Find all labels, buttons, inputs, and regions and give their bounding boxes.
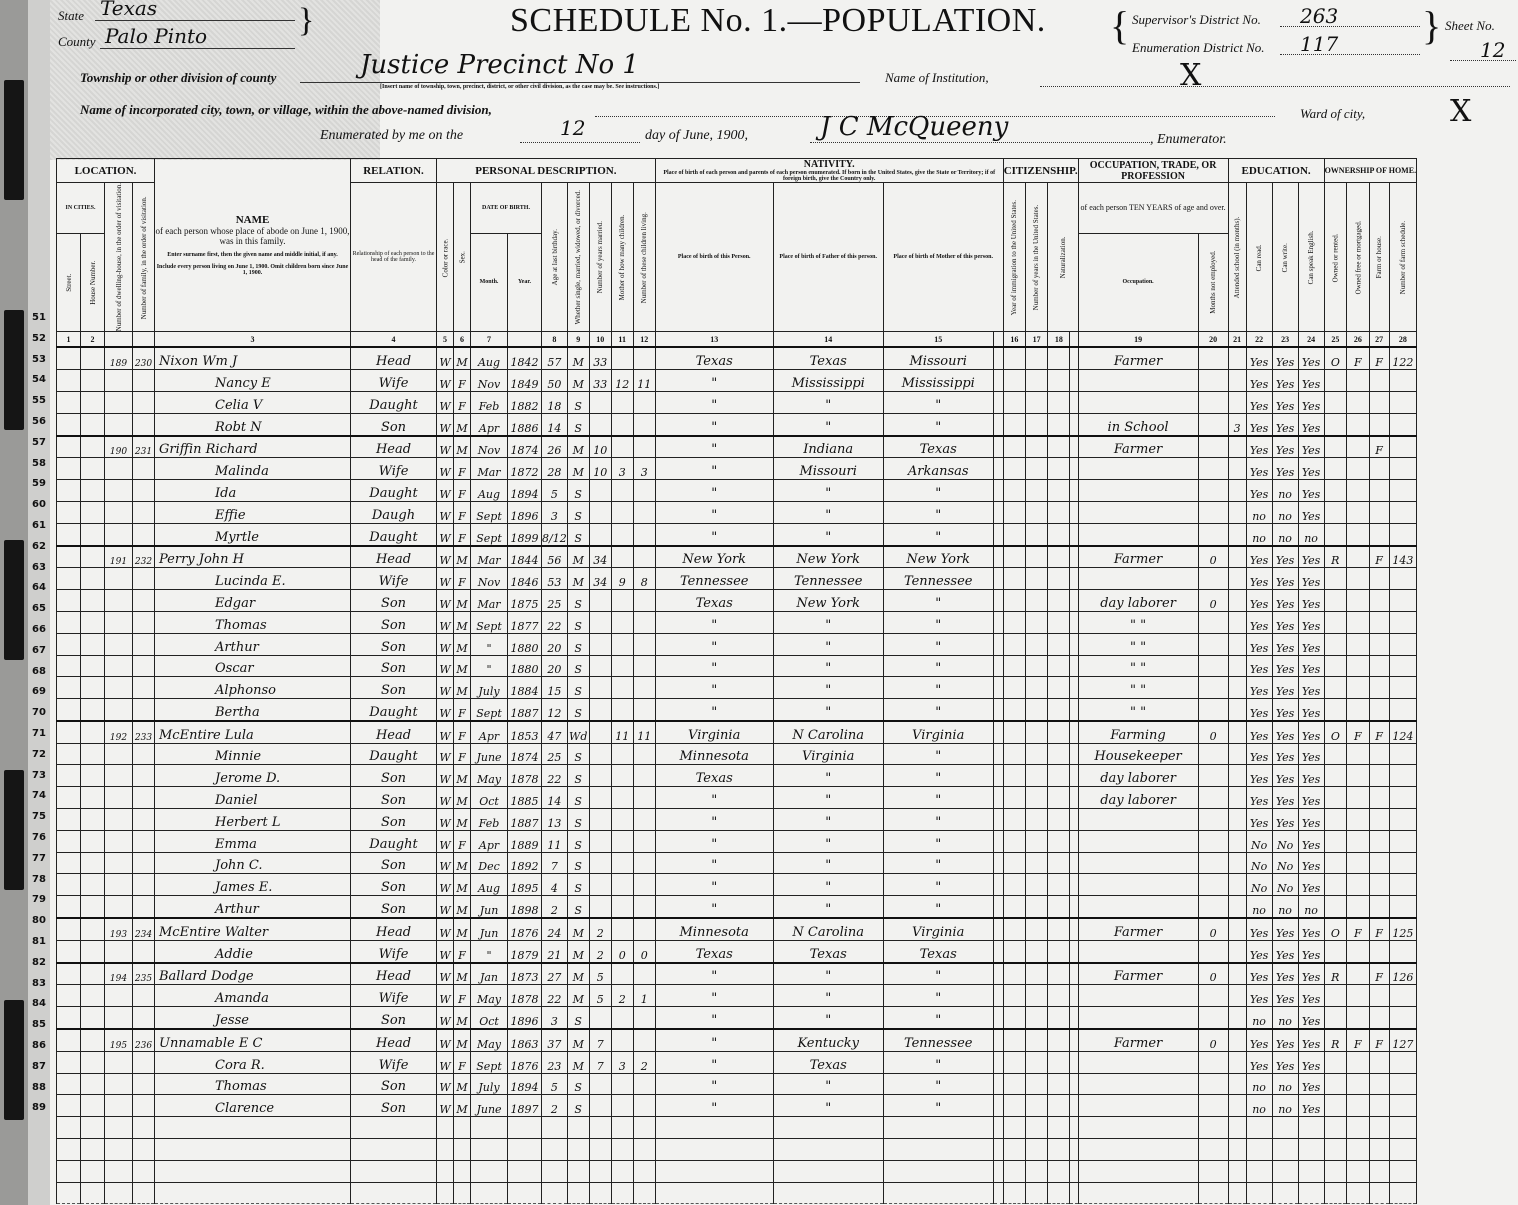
cell-school [1228,874,1246,896]
cell-free [1347,787,1370,809]
cell-year: 1872 [508,458,542,480]
cell-unemployed [1198,413,1228,435]
cell-relation: Head [351,721,437,743]
cell-unemployed [1198,523,1228,545]
cell-sex: F [454,699,471,721]
cell-empty [1070,458,1078,480]
cell-read: Yes [1246,1029,1272,1051]
cell-sex: M [454,1029,471,1051]
cell-empty [993,370,1003,392]
cell-pob-father: " [773,765,883,787]
cell-empty [1070,1095,1078,1117]
column-number: 25 [1324,332,1347,348]
cell-empty [1070,1160,1078,1182]
cell-family [133,677,155,699]
cell-sex: M [454,1095,471,1117]
cell-yrs-married: 10 [589,458,611,480]
cell-own [1324,1117,1347,1139]
cell-read: Yes [1246,743,1272,765]
cell-name [155,1139,351,1161]
cell-color: W [437,391,454,413]
cell-speak: Yes [1298,655,1324,677]
cell-schedule [1389,852,1417,874]
cell-sex: F [454,523,471,545]
cell-farm [1369,699,1389,721]
cell-month: July [471,677,508,699]
line-number: 69 [28,686,50,697]
cell-pob-mother [883,1117,993,1139]
cell-empty [1025,809,1047,831]
cell-family [133,874,155,896]
cell-school [1228,809,1246,831]
cell-write: Yes [1272,633,1298,655]
cell-yrs-married: 7 [589,1051,611,1073]
header-pob-father: Place of birth of Father of this person. [773,183,883,332]
institution-value: X [1180,58,1201,93]
cell-empty [1025,501,1047,523]
cell-read: no [1246,501,1272,523]
cell-dwelling [105,896,133,918]
cell-farm [1369,370,1389,392]
cell-free [1347,655,1370,677]
column-number: 20 [1198,332,1228,348]
census-table: LOCATION. NAME of each person whose plac… [56,158,1417,1204]
cell-empty [1048,1007,1070,1029]
cell-mother-of [611,852,633,874]
cell-empty [993,1051,1003,1073]
line-number: 86 [28,1040,50,1051]
cell-color: W [437,1051,454,1073]
cell-dwelling [105,809,133,831]
cell-empty [993,458,1003,480]
cell-empty [57,830,81,852]
cell-age: 20 [542,633,568,655]
cell-empty [1048,590,1070,612]
cell-year: 1876 [508,1051,542,1073]
cell-year: 1896 [508,501,542,523]
cell-pob-father [773,1182,883,1204]
line-number: 61 [28,520,50,531]
cell-pob-mother: " [883,611,993,633]
cell-mother-of [611,633,633,655]
cell-name: Thomas [155,611,351,633]
cell-farm [1369,1160,1389,1182]
header-free-mortgaged: Owned free or mortgaged. [1347,183,1370,332]
cell-empty [81,501,105,523]
cell-empty [993,480,1003,502]
cell-month: Mar [471,458,508,480]
cell-family [133,480,155,502]
cell-color [437,1160,454,1182]
cell-name: Minnie [155,743,351,765]
cell-school [1228,1182,1246,1204]
cell-month: Jun [471,918,508,940]
table-row: ThomasSonWMSept187722S"""" "YesYesYes [57,611,1417,633]
county-label: County [58,34,96,50]
cell-school [1228,370,1246,392]
cell-empty [1003,1051,1025,1073]
cell-own [1324,370,1347,392]
cell-occupation [1078,1182,1198,1204]
cell-write: Yes [1272,611,1298,633]
cell-write [1272,1160,1298,1182]
cell-empty [81,370,105,392]
cell-empty [1003,655,1025,677]
cell-empty [81,787,105,809]
cell-write: Yes [1272,1029,1298,1051]
cell-pob-mother: " [883,391,993,413]
cell-occupation [1078,501,1198,523]
cell-age: 3 [542,501,568,523]
cell-pob: " [655,611,773,633]
cell-own [1324,765,1347,787]
cell-empty [81,347,105,369]
cell-color: W [437,501,454,523]
cell-living [633,874,655,896]
cell-mother-of [611,677,633,699]
cell-mother-of [611,480,633,502]
cell-empty [993,523,1003,545]
cell-occupation [1078,568,1198,590]
cell-speak [1298,1139,1324,1161]
cell-empty [1048,721,1070,743]
cell-year: 1897 [508,1095,542,1117]
line-number: 77 [28,853,50,864]
cell-occupation [1078,370,1198,392]
cell-empty [57,1160,81,1182]
cell-farm [1369,677,1389,699]
column-number: 26 [1347,332,1370,348]
cell-schedule [1389,611,1417,633]
cell-read: Yes [1246,391,1272,413]
cell-year: 1880 [508,633,542,655]
cell-living [633,655,655,677]
cell-empty [1003,940,1025,962]
cell-write: no [1272,523,1298,545]
cell-empty [1003,1160,1025,1182]
cell-empty [993,874,1003,896]
cell-unemployed [1198,633,1228,655]
cell-empty [57,568,81,590]
cell-empty [1048,391,1070,413]
cell-pob-father: New York [773,590,883,612]
cell-empty [57,809,81,831]
cell-occupation [1078,1007,1198,1029]
cell-free [1347,633,1370,655]
institution-label: Name of Institution, [885,70,989,86]
cell-empty [1048,765,1070,787]
cell-pob: " [655,985,773,1007]
cell-empty [1048,436,1070,458]
cell-write: Yes [1272,436,1298,458]
cell-pob-father: " [773,852,883,874]
cell-year [508,1182,542,1204]
cell-sex: F [454,1051,471,1073]
cell-empty [81,458,105,480]
cell-unemployed [1198,743,1228,765]
cell-pob: " [655,633,773,655]
cell-relation: Head [351,918,437,940]
cell-age: 12 [542,699,568,721]
cell-pob: Texas [655,765,773,787]
cell-schedule [1389,655,1417,677]
cell-relation: Son [351,677,437,699]
cell-own [1324,523,1347,545]
cell-unemployed [1198,568,1228,590]
cell-empty [57,391,81,413]
cell-write: Yes [1272,677,1298,699]
cell-dwelling [105,501,133,523]
cell-month: Feb [471,391,508,413]
cell-pob: Minnesota [655,743,773,765]
cell-empty [57,1051,81,1073]
cell-marital: S [567,852,589,874]
cell-empty [1025,568,1047,590]
cell-own [1324,1182,1347,1204]
cell-color: W [437,590,454,612]
cell-schedule [1389,940,1417,962]
cell-mother-of [611,743,633,765]
cell-occupation: " " [1078,677,1198,699]
cell-yrs-married: 2 [589,940,611,962]
cell-living [633,1117,655,1139]
cell-empty [1025,458,1047,480]
header-marital: Whether single, married, widowed, or div… [567,183,589,332]
header-can-read: Can read. [1246,183,1272,332]
cell-free [1347,699,1370,721]
cell-empty [1003,568,1025,590]
cell-write: Yes [1272,546,1298,568]
cell-farm: F [1369,347,1389,369]
cell-dwelling [105,1051,133,1073]
header-age: Age at last birthday. [542,183,568,332]
cell-occupation: day laborer [1078,765,1198,787]
cell-write: No [1272,874,1298,896]
cell-empty [1003,809,1025,831]
cell-year: 1899 [508,523,542,545]
cell-year: 1874 [508,743,542,765]
cell-empty [81,1095,105,1117]
cell-read: no [1246,1073,1272,1095]
cell-year: 1878 [508,985,542,1007]
cell-living [633,413,655,435]
cell-speak: Yes [1298,830,1324,852]
cell-farm: F [1369,1029,1389,1051]
cell-speak: Yes [1298,699,1324,721]
column-number: 27 [1369,332,1389,348]
cell-speak: Yes [1298,370,1324,392]
cell-write: Yes [1272,347,1298,369]
sprocket-hole [4,310,24,430]
cell-empty [993,1160,1003,1182]
cell-sex: M [454,655,471,677]
cell-occupation: " " [1078,633,1198,655]
cell-schedule [1389,677,1417,699]
cell-own [1324,568,1347,590]
cell-sex: F [454,743,471,765]
cell-empty [57,852,81,874]
cell-empty [1003,1117,1025,1139]
cell-occupation: day laborer [1078,787,1198,809]
cell-unemployed [1198,1095,1228,1117]
table-row: James E.SonWMAug18954S"""NoNoYes [57,874,1417,896]
cell-empty [81,743,105,765]
cell-month: " [471,633,508,655]
cell-empty [1003,436,1025,458]
cell-farm [1369,611,1389,633]
cell-relation: Son [351,1095,437,1117]
cell-relation: Wife [351,985,437,1007]
cell-yrs-married: 33 [589,347,611,369]
cell-empty [1070,546,1078,568]
cell-pob-mother: " [883,523,993,545]
cell-empty [1025,1182,1047,1204]
cell-speak: Yes [1298,721,1324,743]
cell-month: " [471,940,508,962]
cell-name: John C. [155,852,351,874]
cell-empty [57,458,81,480]
state-underline [95,20,295,21]
cell-color: W [437,1007,454,1029]
cell-empty [1003,633,1025,655]
cell-pob: " [655,1095,773,1117]
cell-school [1228,655,1246,677]
cell-occupation [1078,1160,1198,1182]
cell-schedule [1389,830,1417,852]
header-months-unemployed: Months not employed. [1198,233,1228,332]
cell-color: W [437,436,454,458]
cell-empty [1003,721,1025,743]
cell-free [1347,480,1370,502]
cell-school [1228,830,1246,852]
cell-empty [1003,413,1025,435]
cell-dwelling [105,1117,133,1139]
cell-relation: Wife [351,940,437,962]
cell-farm [1369,568,1389,590]
cell-empty [1070,985,1078,1007]
cell-family [133,765,155,787]
line-number: 79 [28,894,50,905]
cell-schedule [1389,458,1417,480]
cell-empty [1070,896,1078,918]
cell-name: Amanda [155,985,351,1007]
cell-age: 50 [542,370,568,392]
cell-yrs-married [589,765,611,787]
cell-color: W [437,721,454,743]
table-row: JesseSonWMOct18963S"""nonoYes [57,1007,1417,1029]
cell-write: No [1272,830,1298,852]
census-sheet: State Texas County Palo Pinto } SCHEDULE… [50,0,1518,1205]
column-number: 17 [1025,332,1047,348]
cell-mother-of: 3 [611,1051,633,1073]
table-row: AlphonsoSonWMJuly188415S"""" "YesYesYes [57,677,1417,699]
cell-name: McEntire Lula [155,721,351,743]
table-row: EdgarSonWMMar187525STexasNew York"day la… [57,590,1417,612]
cell-color: W [437,568,454,590]
line-number: 83 [28,978,50,989]
line-number: 60 [28,499,50,510]
cell-living: 11 [633,370,655,392]
cell-free [1347,874,1370,896]
line-number: 68 [28,666,50,677]
cell-color: W [437,985,454,1007]
cell-farm [1369,852,1389,874]
cell-pob-mother: " [883,1007,993,1029]
cell-unemployed [1198,809,1228,831]
cell-living [633,830,655,852]
cell-write: Yes [1272,458,1298,480]
cell-living [633,611,655,633]
cell-speak: Yes [1298,918,1324,940]
cell-pob-father: " [773,413,883,435]
cell-own [1324,1095,1347,1117]
cell-pob-father: " [773,501,883,523]
cell-empty [993,1073,1003,1095]
cell-color: W [437,699,454,721]
cell-empty [1003,1073,1025,1095]
cell-sex: F [454,458,471,480]
table-row: Cora R.WifeWFSept187623M732"Texas"YesYes… [57,1051,1417,1073]
cell-relation: Son [351,852,437,874]
cell-name: Jesse [155,1007,351,1029]
cell-read: Yes [1246,787,1272,809]
cell-empty [81,523,105,545]
cell-own [1324,1073,1347,1095]
cell-month [471,1117,508,1139]
cell-farm [1369,743,1389,765]
cell-relation: Son [351,874,437,896]
cell-schedule [1389,568,1417,590]
cell-speak: Yes [1298,677,1324,699]
cell-family [133,1182,155,1204]
cell-empty [993,568,1003,590]
cell-color: W [437,413,454,435]
cell-empty [1003,743,1025,765]
cell-yrs-married [589,830,611,852]
cell-living [633,918,655,940]
column-number: 22 [1246,332,1272,348]
cell-yrs-married [589,655,611,677]
cell-yrs-married [589,1117,611,1139]
cell-unemployed [1198,874,1228,896]
cell-color: W [437,633,454,655]
cell-farm [1369,830,1389,852]
cell-occupation: in School [1078,413,1198,435]
cell-empty [1048,852,1070,874]
cell-unemployed [1198,391,1228,413]
cell-empty [1070,874,1078,896]
cell-pob-father: Virginia [773,743,883,765]
column-number: 23 [1272,332,1298,348]
cell-write: Yes [1272,370,1298,392]
institution-line [1040,86,1510,87]
cell-living [633,633,655,655]
cell-empty [1070,787,1078,809]
cell-occupation [1078,809,1198,831]
column-number [105,332,133,348]
cell-schedule: 126 [1389,963,1417,985]
table-row: 194235Ballard DodgeHeadWMJan187327M5"""F… [57,963,1417,985]
cell-unemployed: 0 [1198,963,1228,985]
cell-occupation: Farmer [1078,436,1198,458]
cell-age: 8/12 [542,523,568,545]
cell-read: Yes [1246,765,1272,787]
cell-color: W [437,480,454,502]
cell-mother-of [611,391,633,413]
header-in-cities: IN CITIES. [57,183,105,234]
cell-pob-father: " [773,699,883,721]
cell-name: Jerome D. [155,765,351,787]
